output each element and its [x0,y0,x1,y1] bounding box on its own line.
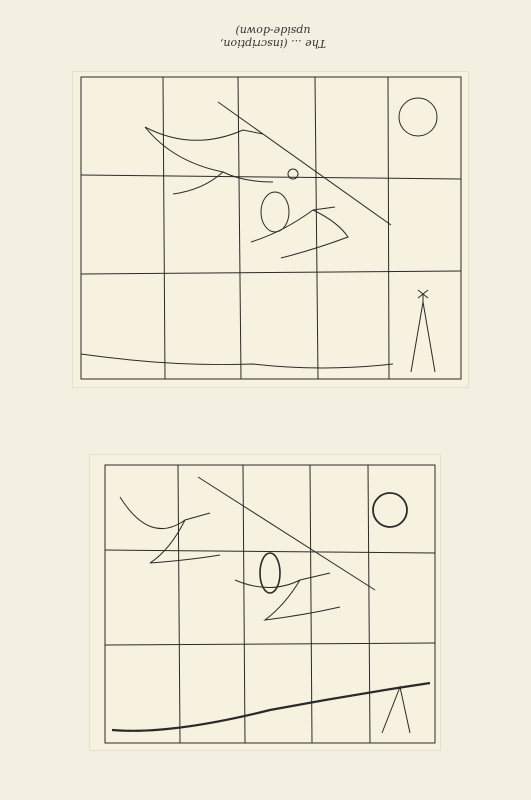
upper-drawing [73,72,468,387]
lower-drawing-sheet [90,455,440,750]
lower-drawing [90,455,440,750]
handwritten-inscription: The ... (inscription, upside-down) [218,24,328,50]
upper-drawing-sheet [73,72,468,387]
